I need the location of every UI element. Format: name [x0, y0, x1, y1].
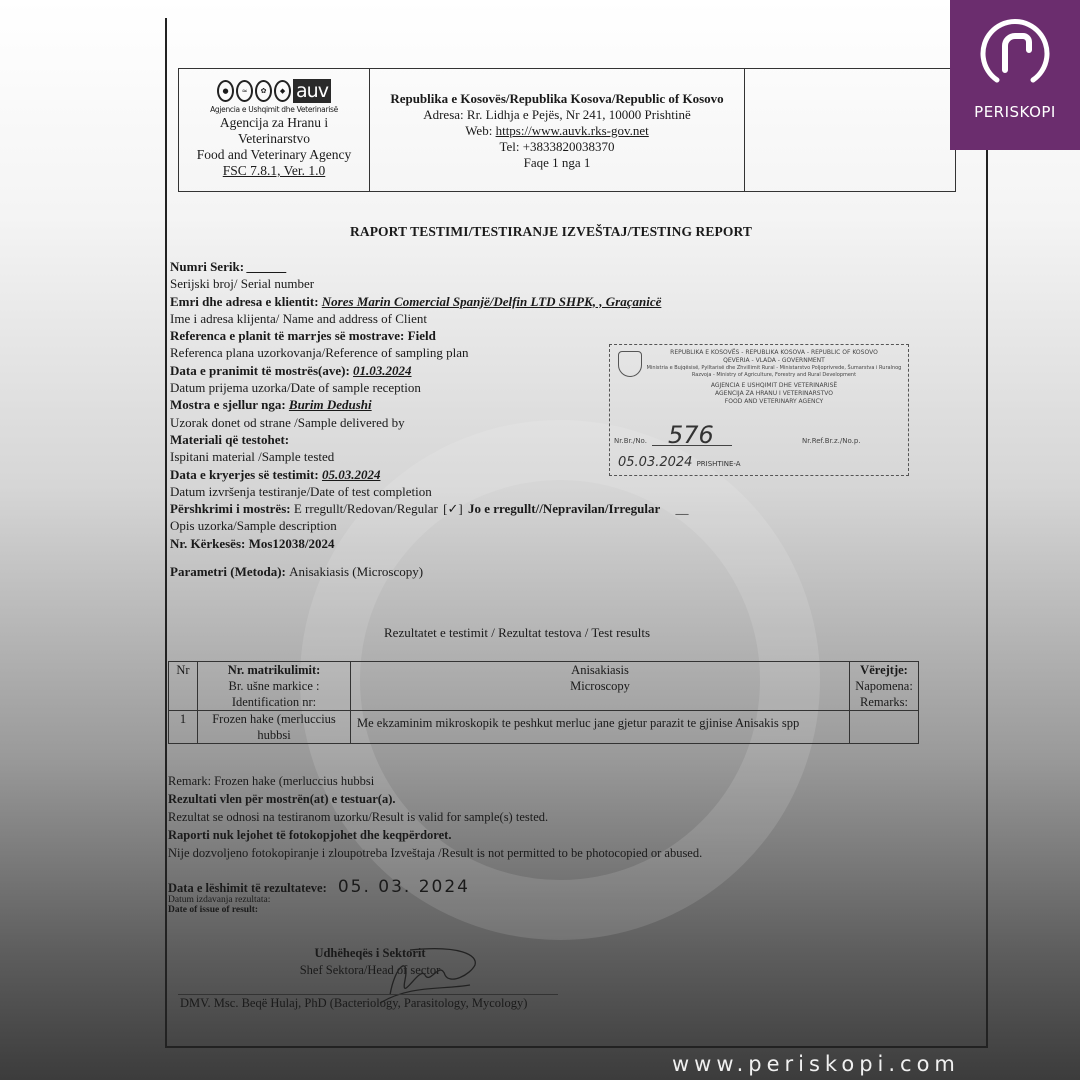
delivered-value: Burim Dedushi [289, 397, 372, 412]
reception-value: 01.03.2024 [353, 363, 412, 378]
periskopi-badge: PERISKOPI [950, 0, 1080, 150]
plan-label: Referenca e planit të marrjes së mostrav… [170, 328, 408, 343]
issue-label: Data e lëshimit të rezultateve: [168, 881, 330, 895]
issue-sub: Datum izdavanja rezultata: Date of issue… [168, 895, 270, 915]
republic-name: Republika e Kosovës/Republika Kosova/Rep… [370, 91, 744, 107]
reception-label: Data e pranimit të mostrës(ave): [170, 363, 353, 378]
serial-label: Numri Serik: [170, 259, 247, 274]
note-validity: Rezultat se odnosi na testiranom uzorku/… [168, 808, 702, 826]
stamp-date: 05.03.2024 PRISHTINE-A [618, 455, 741, 470]
request-label: Nr. Kërkesës: [170, 536, 249, 551]
agency-line: Veterinarstvo [179, 131, 369, 147]
issue-handwritten-date: 05. 03. 2024 [338, 877, 470, 897]
header-remarks-line: Remarks: [852, 694, 916, 710]
issue-sub-line: Datum izdavanja rezultata: [168, 895, 270, 905]
regular-checkbox: [✓] [441, 500, 465, 517]
stamp-line: AGJENCIA E USHQIMIT DHE VETERINARISË [644, 382, 904, 390]
agency-line: Food and Veterinary Agency [179, 147, 369, 163]
client-value: Nores Marin Comercial Spanjë/Delfin LTD … [322, 294, 662, 309]
form-version: FSC 7.8.1, Ver. 1.0 [179, 163, 369, 179]
header-remarks-line: Napomena: [852, 678, 916, 694]
note-copy-sq: Raporti nuk lejohet të fotokopjohet dhe … [168, 826, 702, 844]
stamp-line: Ministria e Bujqësisë, Pylltarisë dhe Zh… [644, 365, 904, 379]
table-row: 1 Frozen hake (merluccius hubbsi Me ekza… [169, 711, 919, 744]
stamp-city: PRISHTINE-A [697, 460, 741, 468]
results-table: Nr Nr. matrikulimit: Br. ušne markice : … [168, 661, 919, 744]
irregular-checkbox: __ [674, 500, 691, 517]
issue-date: Data e lëshimit të rezultateve: 05. 03. … [168, 877, 470, 897]
note-validity-sq: Rezultati vlen për mostrën(at) e testuar… [168, 790, 702, 808]
serial-sub: Serijski broj/ Serial number [170, 275, 691, 292]
stamp-line: QEVERIA - VLADA - GOVERNMENT [644, 357, 904, 365]
cell-nr: 1 [169, 711, 198, 744]
test-date-sub: Datum izvršenja testiranje/Date of test … [170, 483, 691, 500]
test-date-value: 05.03.2024 [322, 467, 381, 482]
signature-line [178, 994, 558, 995]
stamp-line: REPUBLIKA E KOSOVËS - REPUBLIKA KOSOVA -… [644, 349, 904, 357]
website-row: Web: https://www.auvk.rks-gov.net [370, 123, 744, 139]
stamp-nr-label: Nr.Br./No. [614, 437, 647, 445]
fish-icon: ≈ [236, 80, 253, 102]
cell-remarks [850, 711, 919, 744]
parameters: Parametri (Metoda): Anisakiasis (Microsc… [170, 564, 423, 580]
header-nr: Nr [169, 662, 198, 711]
stamp-text: REPUBLIKA E KOSOVËS - REPUBLIKA KOSOVA -… [644, 349, 904, 406]
page-number: Faqe 1 nga 1 [370, 155, 744, 171]
desc-sub: Opis uzorka/Sample description [170, 517, 691, 534]
header-remarks-line: Vërejtje: [852, 662, 916, 678]
issue-sub-line: Date of issue of result: [168, 905, 270, 915]
client-label: Emri dhe adresa e klientit: [170, 294, 322, 309]
meat-icon: ◆ [274, 80, 291, 102]
auv-logo-text: auv [293, 79, 331, 103]
desc-label: Përshkrimi i mostrës: [170, 501, 294, 516]
note-copy: Nije dozvoljeno fotokopiranje i zloupotr… [168, 844, 702, 862]
stamp-line: FOOD AND VETERINARY AGENCY [644, 398, 904, 406]
agency-cell: ● ≈ ✿ ◆ auv Agjencia e Ushqimit dhe Vete… [178, 68, 370, 192]
signatory-name: DMV. Msc. Beqë Hulaj, PhD (Bacteriology,… [180, 996, 527, 1011]
desc-irregular: Jo e rregullt//Nepravilan/Irregular [468, 501, 660, 516]
header-id-line: Br. ušne markice : [200, 678, 348, 694]
table-header-row: Nr Nr. matrikulimit: Br. ušne markice : … [169, 662, 919, 711]
address: Adresa: Rr. Lidhja e Pejës, Nr 241, 1000… [370, 107, 744, 123]
stamp-ref-label: Nr.Ref.Br.z./No.p. [802, 437, 861, 445]
header-id: Nr. matrikulimit: Br. ušne markice : Ide… [198, 662, 351, 711]
address-cell: Republika e Kosovës/Republika Kosova/Rep… [370, 68, 745, 192]
web-label: Web: [465, 123, 495, 138]
drop-icon: ● [217, 80, 234, 102]
cow-icon: ✿ [255, 80, 272, 102]
request-value: Mos12038/2024 [249, 536, 335, 551]
notes: Remark: Frozen hake (merluccius hubbsi R… [168, 772, 702, 862]
report-title: RAPORT TESTIMI/TESTIRANJE IZVEŠTAJ/TESTI… [350, 224, 752, 240]
plan-value: Field [408, 328, 436, 343]
cell-result: Me ekzaminim mikroskopik te peshkut merl… [351, 711, 850, 744]
website-link[interactable]: https://www.auvk.rks-gov.net [496, 123, 649, 138]
reception-stamp: REPUBLIKA E KOSOVËS - REPUBLIKA KOSOVA -… [609, 344, 909, 476]
client-sub: Ime i adresa klijenta/ Name and address … [170, 310, 691, 327]
desc-regular: E rregullt/Redovan/Regular [294, 501, 438, 516]
delivered-label: Mostra e sjellur nga: [170, 397, 289, 412]
header-id-line: Nr. matrikulimit: [200, 662, 348, 678]
logo-subtitle: Agjencia e Ushqimit dhe Veterinarisë [179, 105, 369, 115]
header-remarks: Vërejtje: Napomena: Remarks: [850, 662, 919, 711]
stamp-line: AGENCIJA ZA HRANU I VETERINARSTVO [644, 390, 904, 398]
telephone: Tel: +3833820038370 [370, 139, 744, 155]
params-value: Anisakiasis (Microscopy) [289, 564, 423, 579]
serial-value: ______ [247, 259, 286, 274]
test-date-label: Data e kryerjes së testimit: [170, 467, 322, 482]
empty-header-cell [744, 68, 956, 192]
note-remark: Remark: Frozen hake (merluccius hubbsi [168, 772, 702, 790]
brand-name: PERISKOPI [950, 103, 1080, 121]
stamp-date-handwritten: 05.03.2024 [618, 455, 692, 470]
cell-id: Frozen hake (merluccius hubbsi [198, 711, 351, 744]
header-test: Anisakiasis Microscopy [351, 662, 850, 711]
website-watermark: www.periskopi.com [672, 1052, 960, 1076]
coat-of-arms-icon [618, 351, 642, 377]
agency-line: Agencija za Hranu i [179, 115, 369, 131]
document-header: ● ≈ ✿ ◆ auv Agjencia e Ushqimit dhe Vete… [178, 68, 956, 192]
header-id-line: Identification nr: [200, 694, 348, 710]
header-test-line: Anisakiasis [353, 662, 847, 678]
periskopi-logo-icon [975, 12, 1055, 92]
stamp-nr-handwritten: 576 [668, 421, 714, 449]
agency-logo: ● ≈ ✿ ◆ auv [179, 79, 369, 103]
header-test-line: Microscopy [353, 678, 847, 694]
results-title: Rezultatet e testimit / Rezultat testova… [384, 625, 650, 641]
params-label: Parametri (Metoda): [170, 564, 289, 579]
